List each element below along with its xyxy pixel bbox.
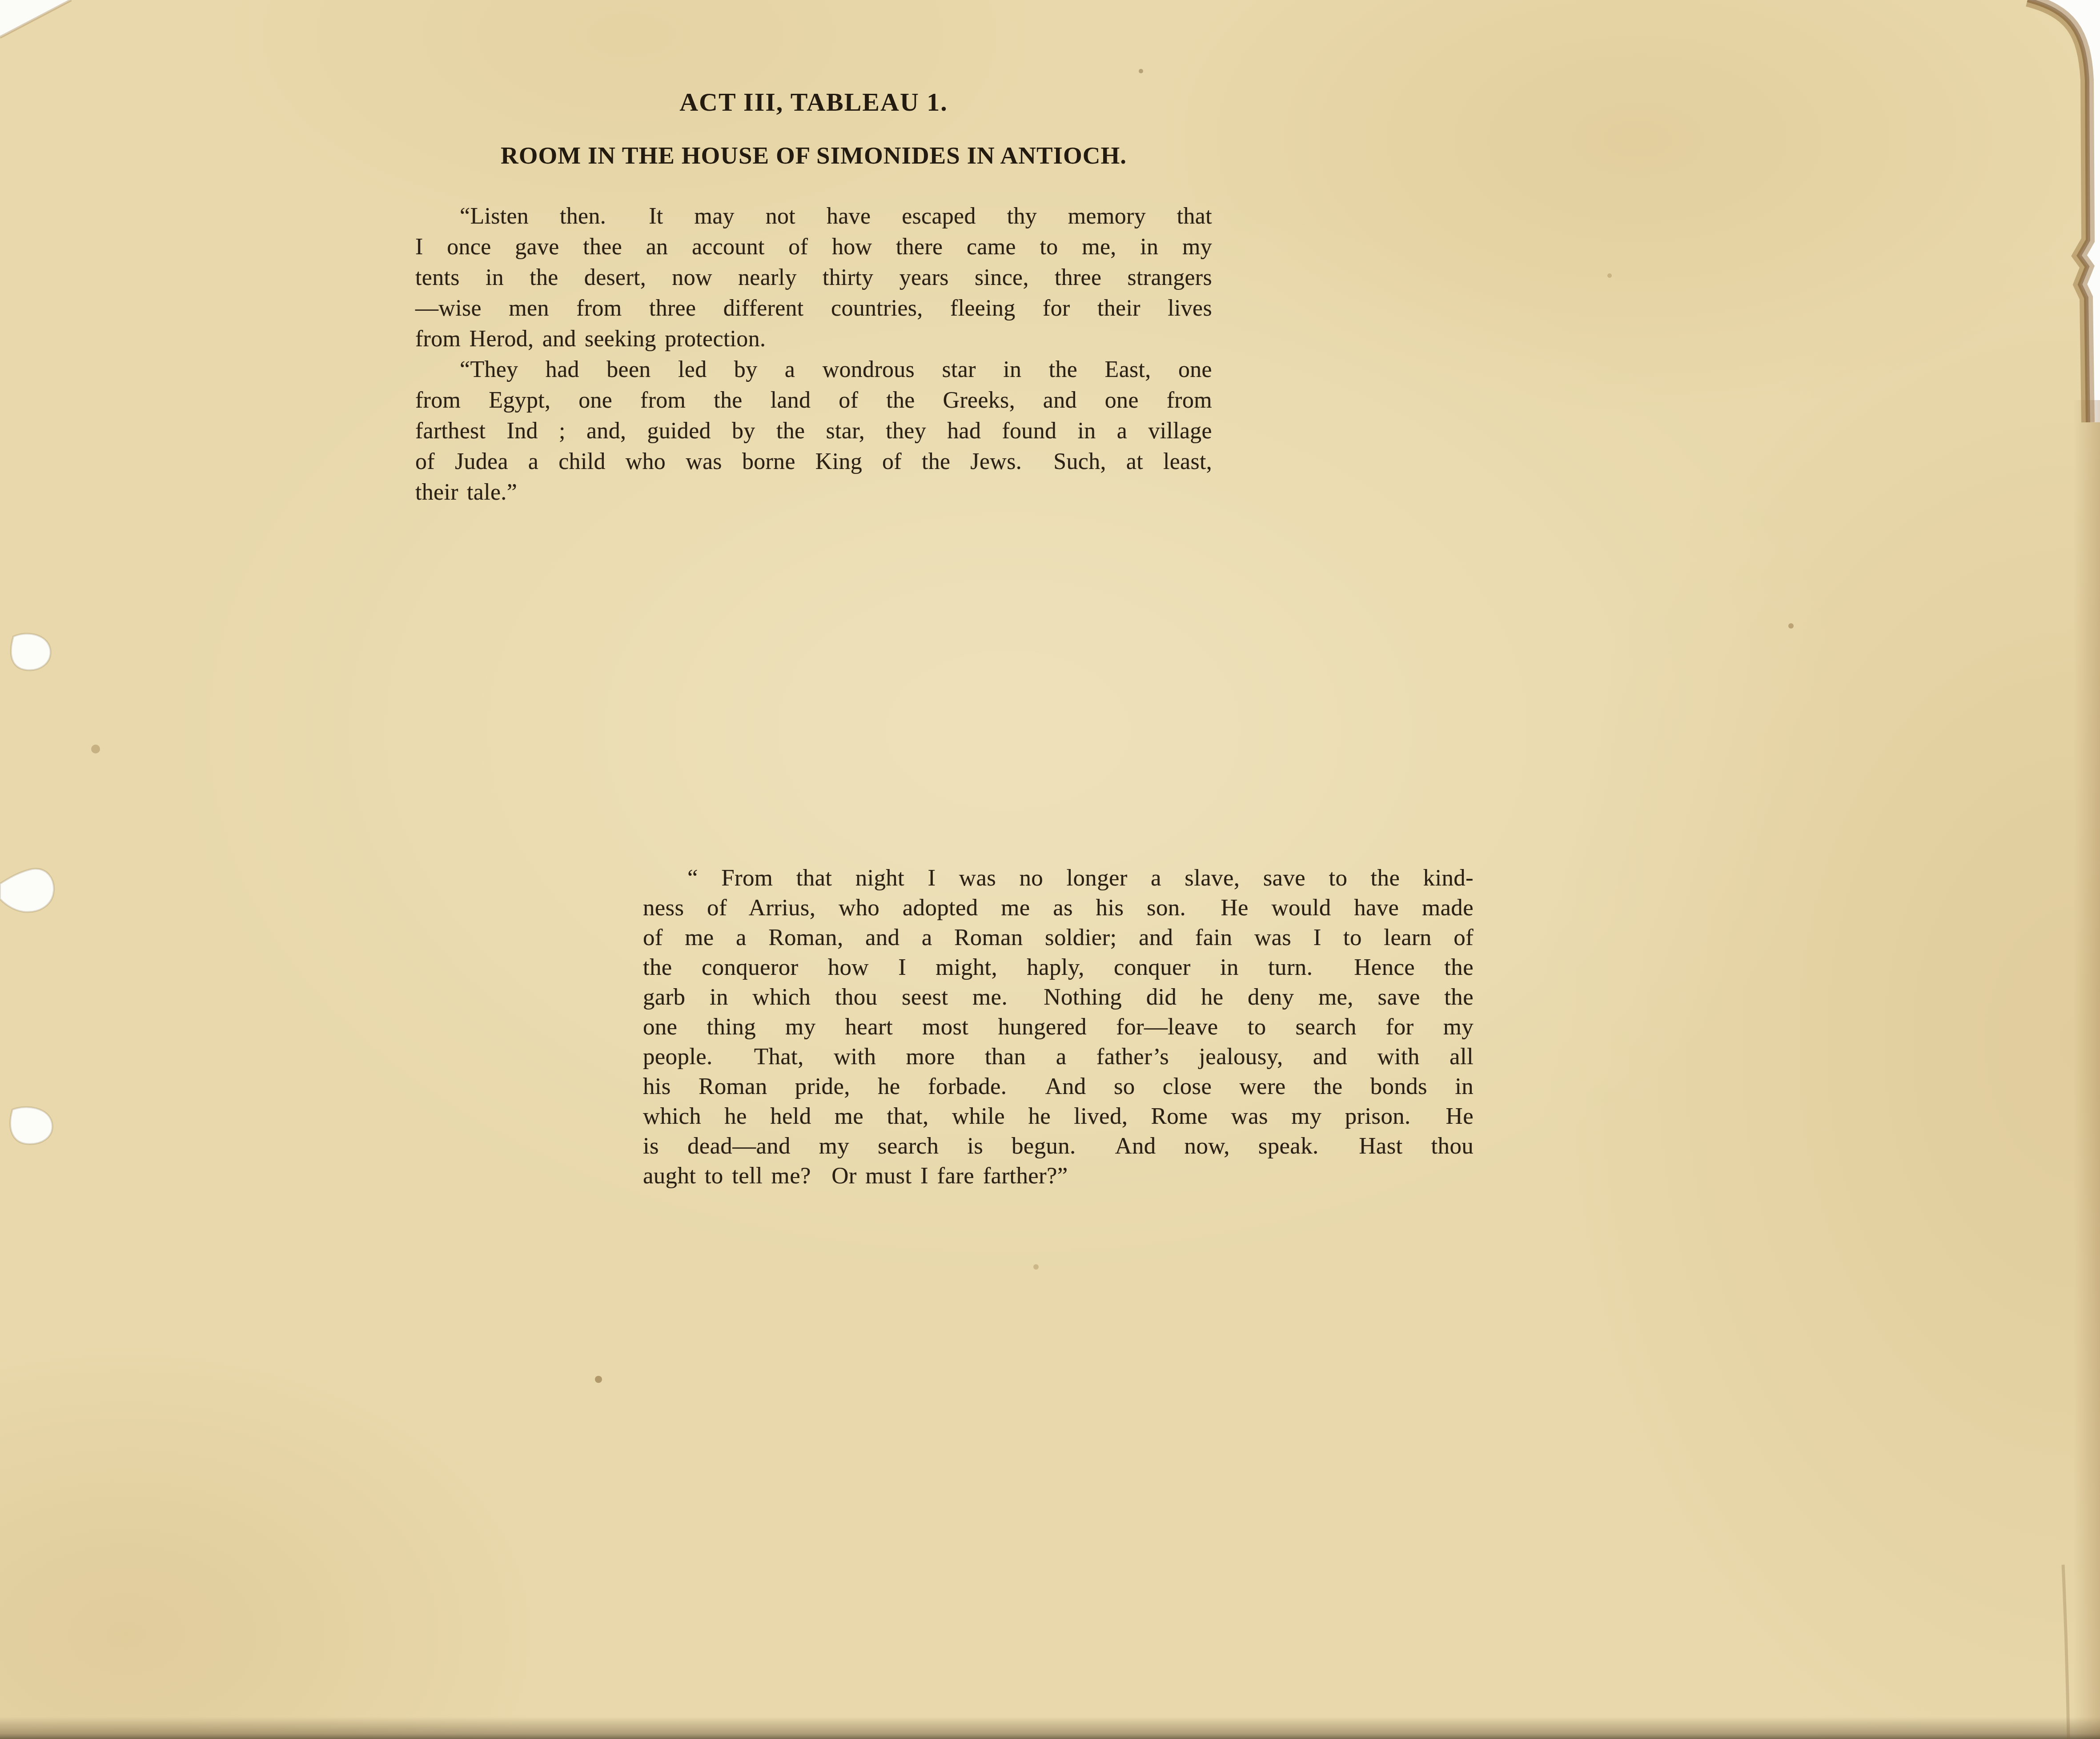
text-line: “They had been led by a wondrous star in… — [415, 354, 1212, 385]
text-line: of Judea a child who was borne King of t… — [415, 446, 1212, 477]
text-line: I once gave thee an account of how there… — [415, 232, 1212, 262]
foxing-speck — [1033, 1264, 1039, 1270]
corner-cut-top-right — [2028, 0, 2100, 422]
foxing-speck — [91, 745, 100, 753]
dialogue-block-upper: “Listen then. It may not have escaped th… — [415, 201, 1212, 508]
text-line: aught to tell me? Or must I fare farther… — [643, 1161, 1474, 1191]
torn-page-edge — [2028, 0, 2088, 422]
text-line: farthest Ind ; and, guided by the star, … — [415, 416, 1212, 446]
text-line: “ From that night I was no longer a slav… — [643, 863, 1474, 893]
torn-page-edge-dark-line — [2028, 0, 2088, 422]
bottom-edge-shadow — [0, 1717, 2100, 1739]
text-line: “Listen then. It may not have escaped th… — [415, 201, 1212, 232]
crease-line — [2063, 1565, 2068, 1739]
foxing-speck — [1788, 623, 1794, 629]
scene-heading: ROOM IN THE HOUSE OF SIMONIDES IN ANTIOC… — [415, 141, 1212, 169]
text-line: their tale.” — [415, 477, 1212, 508]
text-line: people. That, with more than a father’s … — [643, 1042, 1474, 1072]
text-line: garb in which thou seest me. Nothing did… — [643, 982, 1474, 1012]
text-line: from Egypt, one from the land of the Gre… — [415, 385, 1212, 416]
text-line: —wise men from three different countries… — [415, 293, 1212, 324]
text-line: one thing my heart most hungered for—lea… — [643, 1012, 1474, 1042]
text-line: the conqueror how I might, haply, conque… — [643, 953, 1474, 982]
punch-hole-middle — [0, 869, 54, 912]
foxing-speck — [1139, 69, 1143, 73]
text-line: his Roman pride, he forbade. And so clos… — [643, 1072, 1474, 1102]
corner-cut-top-left — [0, 0, 71, 37]
act-heading: ACT III, TABLEAU 1. — [415, 87, 1212, 117]
scanned-page: ACT III, TABLEAU 1. ROOM IN THE HOUSE OF… — [0, 0, 2100, 1739]
text-line: which he held me that, while he lived, R… — [643, 1102, 1474, 1131]
punch-hole-top — [11, 633, 51, 670]
foxing-speck — [595, 1376, 602, 1383]
foxing-speck — [1607, 273, 1612, 278]
text-line: ness of Arrius, who adopted me as his so… — [643, 893, 1474, 923]
dialogue-block-lower: “ From that night I was no longer a slav… — [643, 863, 1474, 1191]
text-line: of me a Roman, and a Roman soldier; and … — [643, 923, 1474, 953]
text-line: is dead—and my search is begun. And now,… — [643, 1131, 1474, 1161]
text-line: from Herod, and seeking protection. — [415, 324, 1212, 354]
text-line: tents in the desert, now nearly thirty y… — [415, 262, 1212, 293]
corner-cut-top-left-shadow — [0, 0, 71, 37]
punch-hole-bottom — [10, 1107, 52, 1144]
right-edge-toning — [2073, 400, 2100, 1739]
